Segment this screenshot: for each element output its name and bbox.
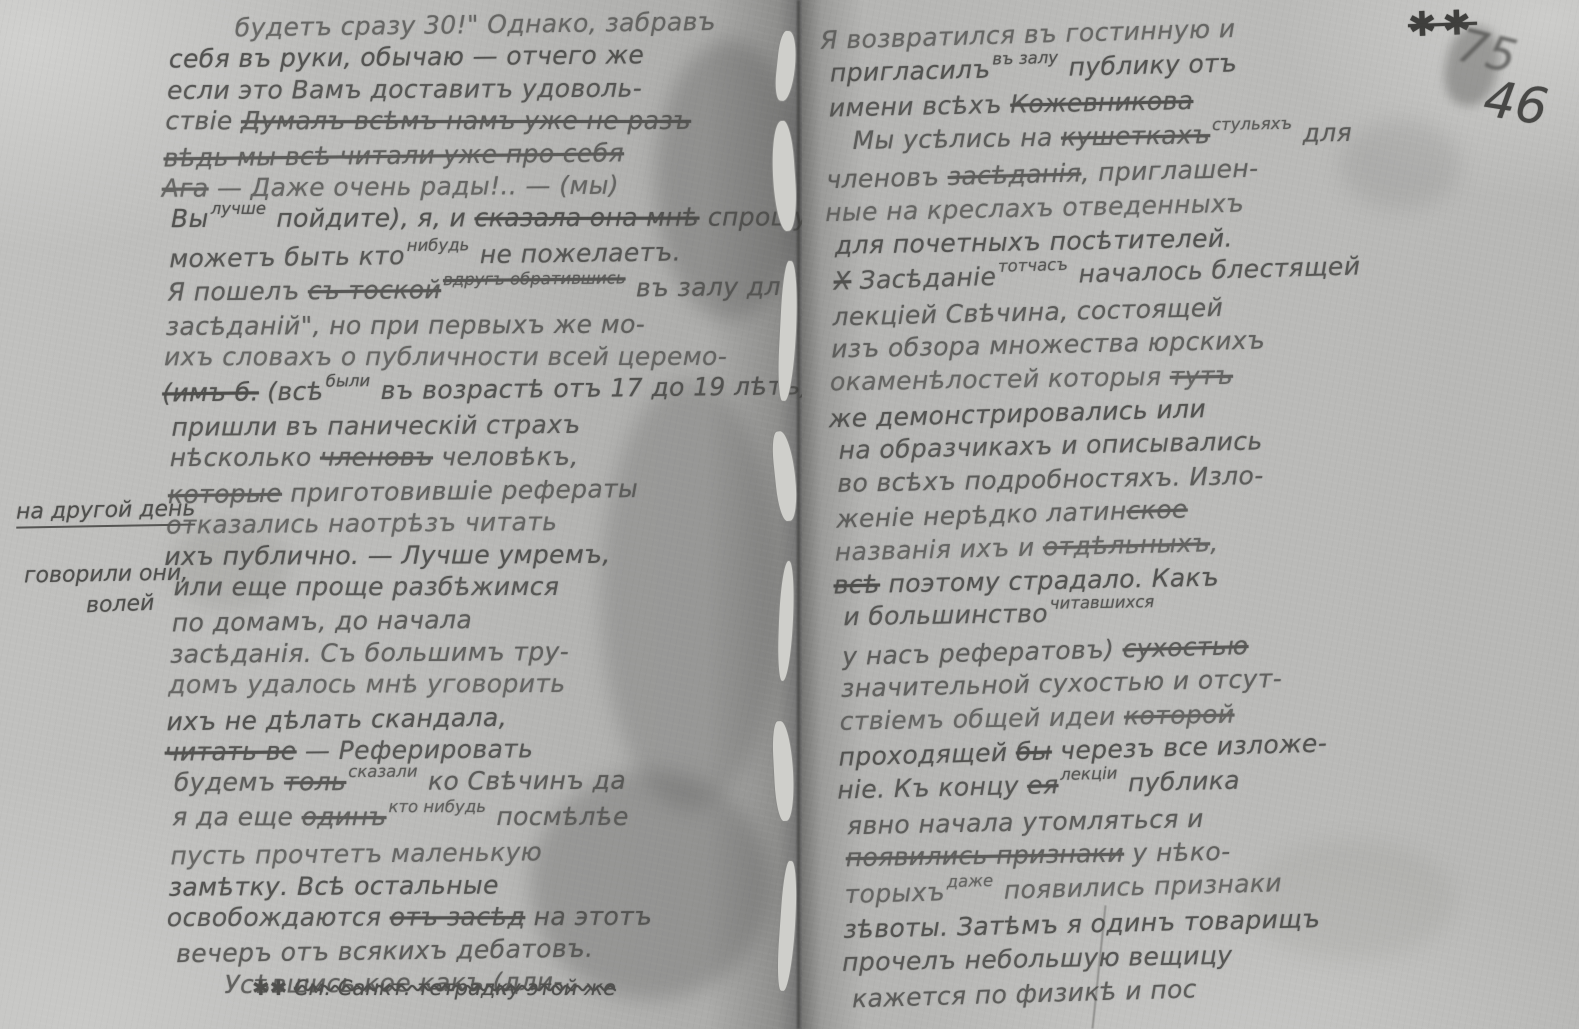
handwriting-line: домъ удалось мнѣ уговорить bbox=[168, 667, 802, 702]
binding-gutter bbox=[797, 0, 800, 1029]
margin-note: говорили они, bbox=[24, 561, 189, 589]
handwriting-line: замѣтку. Всѣ остальные bbox=[169, 866, 802, 904]
handwriting-line: или еще проще разбѣжимся bbox=[174, 571, 802, 604]
left-page-text: будетъ сразу 30!" Однако, забравъсебя въ… bbox=[165, 5, 802, 1001]
handwriting-line: пришли въ паническій страхъ bbox=[171, 406, 802, 444]
handwriting-line: засѣданія. Съ большимъ тру- bbox=[170, 633, 802, 671]
margin-note: волей bbox=[86, 591, 155, 618]
handwriting-line: Вылучше пойдите), я, и сказала она мнѣ с… bbox=[171, 201, 802, 239]
manuscript-scan: будетъ сразу 30!" Однако, забравъсебя въ… bbox=[0, 0, 1579, 1029]
footnote: ✱✱ См. Санкт. тетрадку этой же bbox=[252, 976, 616, 1000]
margin-note: на другой день bbox=[16, 496, 196, 528]
handwriting-line: читать ве — Реферировать bbox=[165, 729, 802, 769]
right-page-text: Я возвратился въ гостинную ипригласилъвъ… bbox=[825, 10, 1374, 1014]
handwriting-line: Я пошелъ съ тоскойвдругъ обратившись въ … bbox=[167, 270, 802, 313]
handwriting-line: ихъ публично. — Лучше умремъ, bbox=[164, 537, 802, 573]
handwriting-line: освобождаются отъ засѣд на этотъ bbox=[167, 900, 802, 935]
handwriting-line: ихъ словахъ о публичности всей церемо- bbox=[164, 341, 802, 374]
handwriting-line: себя въ руки, обычаю — отчего же bbox=[169, 37, 802, 77]
handwriting-line: я да еще одинъкто нибудь посмѣлѣе bbox=[172, 800, 802, 836]
page-number: 46 bbox=[1480, 69, 1552, 136]
left-page: будетъ сразу 30!" Однако, забравъсебя въ… bbox=[0, 0, 802, 1029]
handwriting-line: отказались наотрѣзъ читать bbox=[166, 503, 802, 543]
handwriting-line: если это Вамъ доставитъ удоволь- bbox=[167, 71, 802, 107]
handwriting-line: засѣданій", но при первыхъ же мо- bbox=[166, 307, 802, 343]
handwriting-line: нѣсколько членовъ человѣкъ, bbox=[170, 440, 802, 475]
handwriting-line: ствіе Думалъ всѣмъ намъ уже не разъ bbox=[165, 105, 802, 138]
handwriting-line: (имъ б. (всѣбыли въ возрастѣ отъ 17 до 1… bbox=[162, 369, 802, 413]
